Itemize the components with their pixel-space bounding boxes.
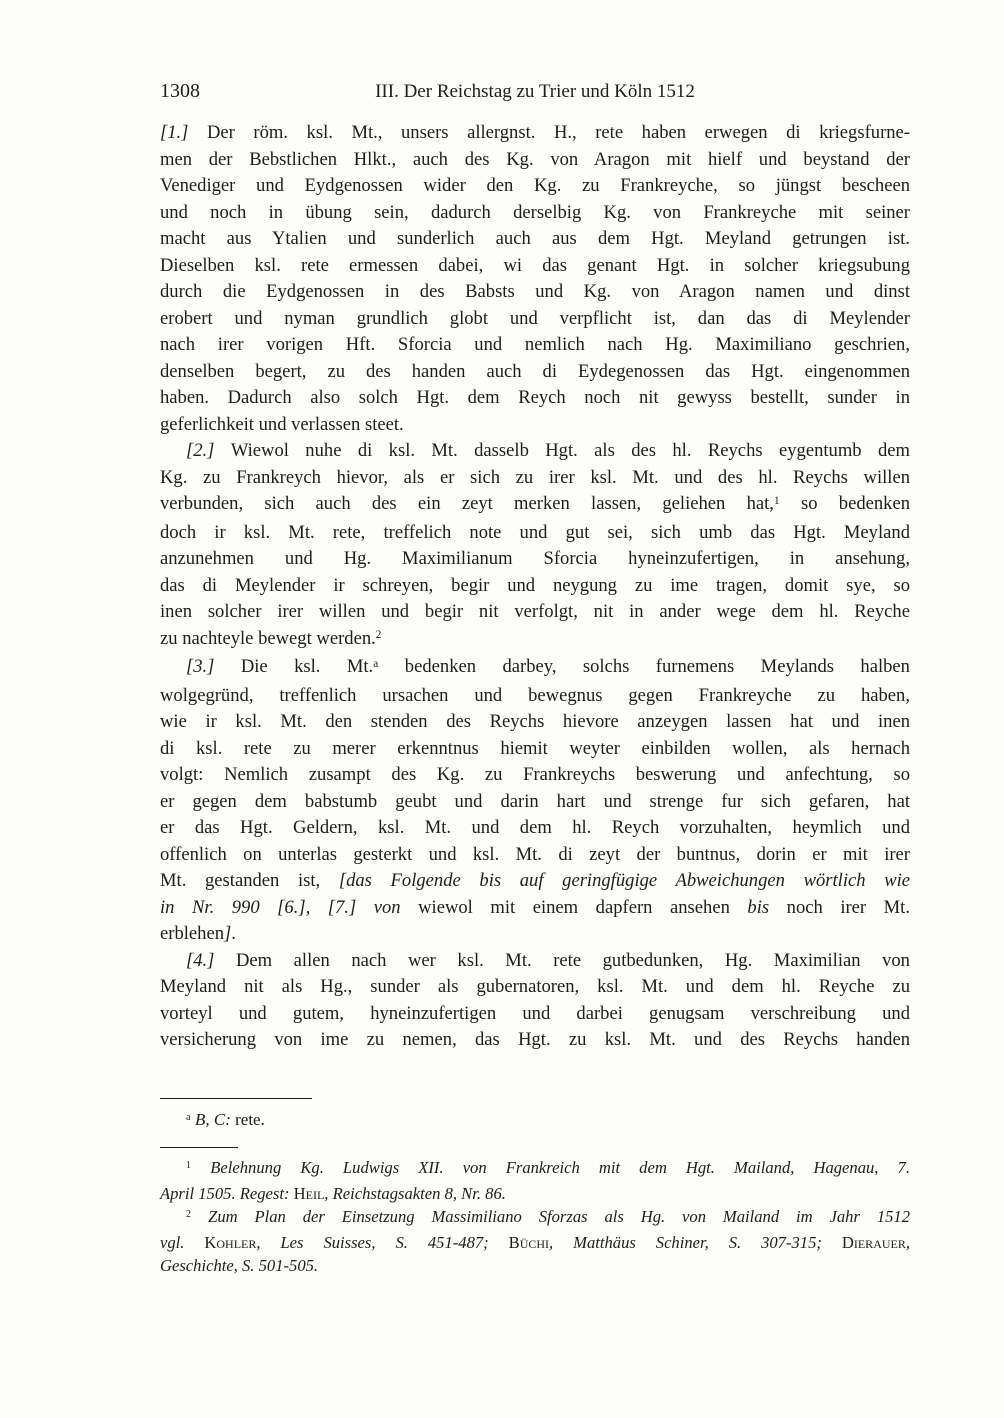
- text-run: [das Folgende bis auf geringfügige Abwei…: [339, 870, 910, 891]
- text-run: Kohler: [204, 1233, 256, 1252]
- page-number: 1308: [160, 78, 200, 105]
- paragraph-2: [2.] Wiewol nuhe di ksl. Mt. dasselb Hgt…: [160, 438, 910, 654]
- text-line: verbunden, sich auch des ein zeyt merken…: [160, 491, 910, 520]
- text-line: offenlich on unterlas gesterkt und ksl. …: [160, 842, 910, 869]
- text-run: Geschichte, S. 501-505.: [160, 1256, 318, 1275]
- text-run: rete.: [231, 1110, 265, 1129]
- text-line: und noch in übung sein, dadurch derselbi…: [160, 200, 910, 227]
- text-run: bedenken darbey, solchs furnemens Meylan…: [378, 656, 910, 677]
- text-line: vorteyl und gutem, hyneinzufertigen und …: [160, 1001, 910, 1028]
- text-run: April 1505. Regest:: [160, 1184, 294, 1203]
- text-run: Heil: [294, 1184, 325, 1203]
- text-line: Venediger und Eydgenossen wider den Kg. …: [160, 173, 910, 200]
- text-run: haben. Dadurch also solch Hgt. dem Reych…: [160, 387, 910, 408]
- text-run: das di Meylender ir schreyen, begir und …: [160, 575, 910, 596]
- text-run: in Nr. 990 [6.], [7.] von: [160, 897, 418, 918]
- text-run: wiewol mit einem dapfern ansehen: [418, 897, 747, 918]
- text-run: [1.]: [160, 122, 207, 143]
- text-run: Dierauer: [842, 1233, 906, 1252]
- text-run: so bedenken: [780, 493, 910, 514]
- text-line: erblehen].: [160, 921, 910, 948]
- text-line: denselben begert, zu des handen auch di …: [160, 359, 910, 386]
- text-line: Geschichte, S. 501-505.: [160, 1254, 910, 1277]
- text-line: inen solcher irer willen und begir nit v…: [160, 599, 910, 626]
- text-line: doch ir ksl. Mt. rete, treffelich note u…: [160, 520, 910, 547]
- text-run: inen solcher irer willen und begir nit v…: [160, 601, 910, 622]
- text-line: das di Meylender ir schreyen, begir und …: [160, 573, 910, 600]
- text-line: di ksl. rete zu merer erkenntnus hiemit …: [160, 736, 910, 763]
- text-run: erblehen: [160, 923, 224, 944]
- text-run: [191, 1158, 210, 1177]
- text-run: wie ir ksl. Mt. den stenden des Reychs h…: [160, 711, 910, 732]
- text-line: nach irer vorigen Hft. Sforcia und nemli…: [160, 332, 910, 359]
- text-run: Dem allen nach wer ksl. Mt. rete gutbedu…: [236, 950, 910, 971]
- text-line: [1.] Der röm. ksl. Mt., unsers allergnst…: [160, 120, 910, 147]
- text-run: denselben begert, zu des handen auch di …: [160, 361, 910, 382]
- text-line: vgl. Kohler, Les Suisses, S. 451-487; Bü…: [160, 1231, 910, 1254]
- text-run: men der Bebstlichen Hlkt., auch des Kg. …: [160, 149, 910, 170]
- text-line: wolgegründ, treffenlich ursachen und bew…: [160, 683, 910, 710]
- text-run: , Reichstagsakten 8, Nr. 86.: [324, 1184, 506, 1203]
- text-line: macht aus Ytalien und sunderlich auch au…: [160, 226, 910, 253]
- text-line: [2.] Wiewol nuhe di ksl. Mt. dasselb Hgt…: [160, 438, 910, 465]
- footnote-marker: a: [186, 1112, 191, 1123]
- text-run: [191, 1207, 208, 1226]
- text-run: versicherung von ime zu nemen, das Hgt. …: [160, 1029, 910, 1050]
- text-line: Kg. zu Frankreych hievor, als er sich zu…: [160, 465, 910, 492]
- text-run: [4.]: [186, 950, 236, 971]
- text-run: Venediger und Eydgenossen wider den Kg. …: [160, 175, 910, 196]
- text-run: vgl.: [160, 1233, 204, 1252]
- text-line: geferlichkeit und verlassen steet.: [160, 412, 910, 439]
- text-run: [3.]: [186, 656, 241, 677]
- footnote-1: 1 Belehnung Kg. Ludwigs XII. von Frankre…: [160, 1156, 910, 1205]
- text-line: men der Bebstlichen Hlkt., auch des Kg. …: [160, 147, 910, 174]
- paragraph-1: [1.] Der röm. ksl. Mt., unsers allergnst…: [160, 120, 910, 438]
- text-run: volgt: Nemlich zusampt des Kg. zu Frankr…: [160, 764, 910, 785]
- text-line: er gegen dem babstumb geubt und darin ha…: [160, 789, 910, 816]
- text-run: verbunden, sich auch des ein zeyt merken…: [160, 493, 774, 514]
- text-line: [4.] Dem allen nach wer ksl. Mt. rete gu…: [160, 948, 910, 975]
- text-line: durch die Eydgenossen in des Babsts und …: [160, 279, 910, 306]
- text-run: di ksl. rete zu merer erkenntnus hiemit …: [160, 738, 910, 759]
- text-run: durch die Eydgenossen in des Babsts und …: [160, 281, 910, 302]
- text-run: zu nachteyle bewegt werden.: [160, 628, 376, 649]
- text-run: erobert und nyman grundlich globt und ve…: [160, 308, 910, 329]
- book-page: 1308 III. Der Reichstag zu Trier und Köl…: [0, 0, 1004, 1418]
- text-run: .: [231, 923, 236, 944]
- text-run: , Les Suisses, S. 451-487;: [256, 1233, 508, 1252]
- text-run: ,: [906, 1233, 910, 1252]
- text-run: anzunehmen und Hg. Maximilianum Sforcia …: [160, 548, 910, 569]
- footnote-marker: 1: [774, 495, 780, 507]
- text-line: wie ir ksl. Mt. den stenden des Reychs h…: [160, 709, 910, 736]
- text-line: anzunehmen und Hg. Maximilianum Sforcia …: [160, 546, 910, 573]
- text-run: macht aus Ytalien und sunderlich auch au…: [160, 228, 910, 249]
- text-run: Wiewol nuhe di ksl. Mt. dasselb Hgt. als…: [231, 440, 910, 461]
- text-run: Meyland nit als Hg., sunder als gubernat…: [160, 976, 910, 997]
- text-run: Belehnung Kg. Ludwigs XII. von Frankreic…: [210, 1158, 910, 1177]
- text-run: Zum Plan der Einsetzung Massimiliano Sfo…: [208, 1207, 910, 1226]
- text-run: noch irer Mt.: [769, 897, 910, 918]
- text-line: Mt. gestanden ist, [das Folgende bis auf…: [160, 868, 910, 895]
- text-run: Die ksl. Mt.: [241, 656, 373, 677]
- text-line: 1 Belehnung Kg. Ludwigs XII. von Frankre…: [160, 1156, 910, 1182]
- text-run: und noch in übung sein, dadurch derselbi…: [160, 202, 910, 223]
- text-run: er das Hgt. Geldern, ksl. Mt. und dem hl…: [160, 817, 910, 838]
- text-line: April 1505. Regest: Heil, Reichstagsakte…: [160, 1182, 910, 1205]
- text-line: haben. Dadurch also solch Hgt. dem Reych…: [160, 385, 910, 412]
- apparatus-note-a: a B, C: rete.: [160, 1108, 910, 1134]
- text-line: 2 Zum Plan der Einsetzung Massimiliano S…: [160, 1205, 910, 1231]
- page-header: 1308 III. Der Reichstag zu Trier und Köl…: [160, 78, 910, 105]
- footnote-marker: 2: [186, 1209, 191, 1220]
- footnote-separator-rule: [160, 1147, 238, 1148]
- text-line: volgt: Nemlich zusampt des Kg. zu Frankr…: [160, 762, 910, 789]
- text-line: zu nachteyle bewegt werden.2: [160, 626, 910, 655]
- text-run: Der röm. ksl. Mt., unsers allergnst. H.,…: [207, 122, 910, 143]
- text-line: erobert und nyman grundlich globt und ve…: [160, 306, 910, 333]
- text-run: Mt. gestanden ist,: [160, 870, 339, 891]
- text-line: [3.] Die ksl. Mt.a bedenken darbey, solc…: [160, 654, 910, 683]
- text-line: a B, C: rete.: [160, 1108, 910, 1134]
- text-line: in Nr. 990 [6.], [7.] von wiewol mit ein…: [160, 895, 910, 922]
- text-run: Büchi: [509, 1233, 549, 1252]
- text-run: doch ir ksl. Mt. rete, treffelich note u…: [160, 522, 910, 543]
- paragraph-4: [4.] Dem allen nach wer ksl. Mt. rete gu…: [160, 948, 910, 1054]
- main-text-block: [1.] Der röm. ksl. Mt., unsers allergnst…: [160, 120, 910, 1054]
- footnote-marker: a: [373, 658, 378, 670]
- text-run: Kg. zu Frankreych hievor, als er sich zu…: [160, 467, 910, 488]
- apparatus-separator-rule: [160, 1098, 312, 1099]
- text-run: B, C:: [195, 1110, 231, 1129]
- text-run: bis: [747, 897, 769, 918]
- text-line: versicherung von ime zu nemen, das Hgt. …: [160, 1027, 910, 1054]
- text-run: offenlich on unterlas gesterkt und ksl. …: [160, 844, 910, 865]
- text-run: Dieselben ksl. rete ermessen dabei, wi d…: [160, 255, 910, 276]
- text-run: , Matthäus Schiner, S. 307-315;: [549, 1233, 842, 1252]
- footnote-marker: 2: [376, 629, 382, 641]
- text-line: Dieselben ksl. rete ermessen dabei, wi d…: [160, 253, 910, 280]
- footnote-2: 2 Zum Plan der Einsetzung Massimiliano S…: [160, 1205, 910, 1277]
- footnotes-block: 1 Belehnung Kg. Ludwigs XII. von Frankre…: [160, 1156, 910, 1277]
- text-line: er das Hgt. Geldern, ksl. Mt. und dem hl…: [160, 815, 910, 842]
- text-run: er gegen dem babstumb geubt und darin ha…: [160, 791, 910, 812]
- running-head: III. Der Reichstag zu Trier und Köln 151…: [160, 78, 910, 105]
- text-run: nach irer vorigen Hft. Sforcia und nemli…: [160, 334, 910, 355]
- text-run: geferlichkeit und verlassen steet.: [160, 414, 404, 435]
- text-run: [2.]: [186, 440, 231, 461]
- footnote-marker: 1: [186, 1160, 191, 1171]
- text-run: wolgegründ, treffenlich ursachen und bew…: [160, 685, 910, 706]
- text-line: Meyland nit als Hg., sunder als gubernat…: [160, 974, 910, 1001]
- paragraph-3: [3.] Die ksl. Mt.a bedenken darbey, solc…: [160, 654, 910, 948]
- text-run: vorteyl und gutem, hyneinzufertigen und …: [160, 1003, 910, 1024]
